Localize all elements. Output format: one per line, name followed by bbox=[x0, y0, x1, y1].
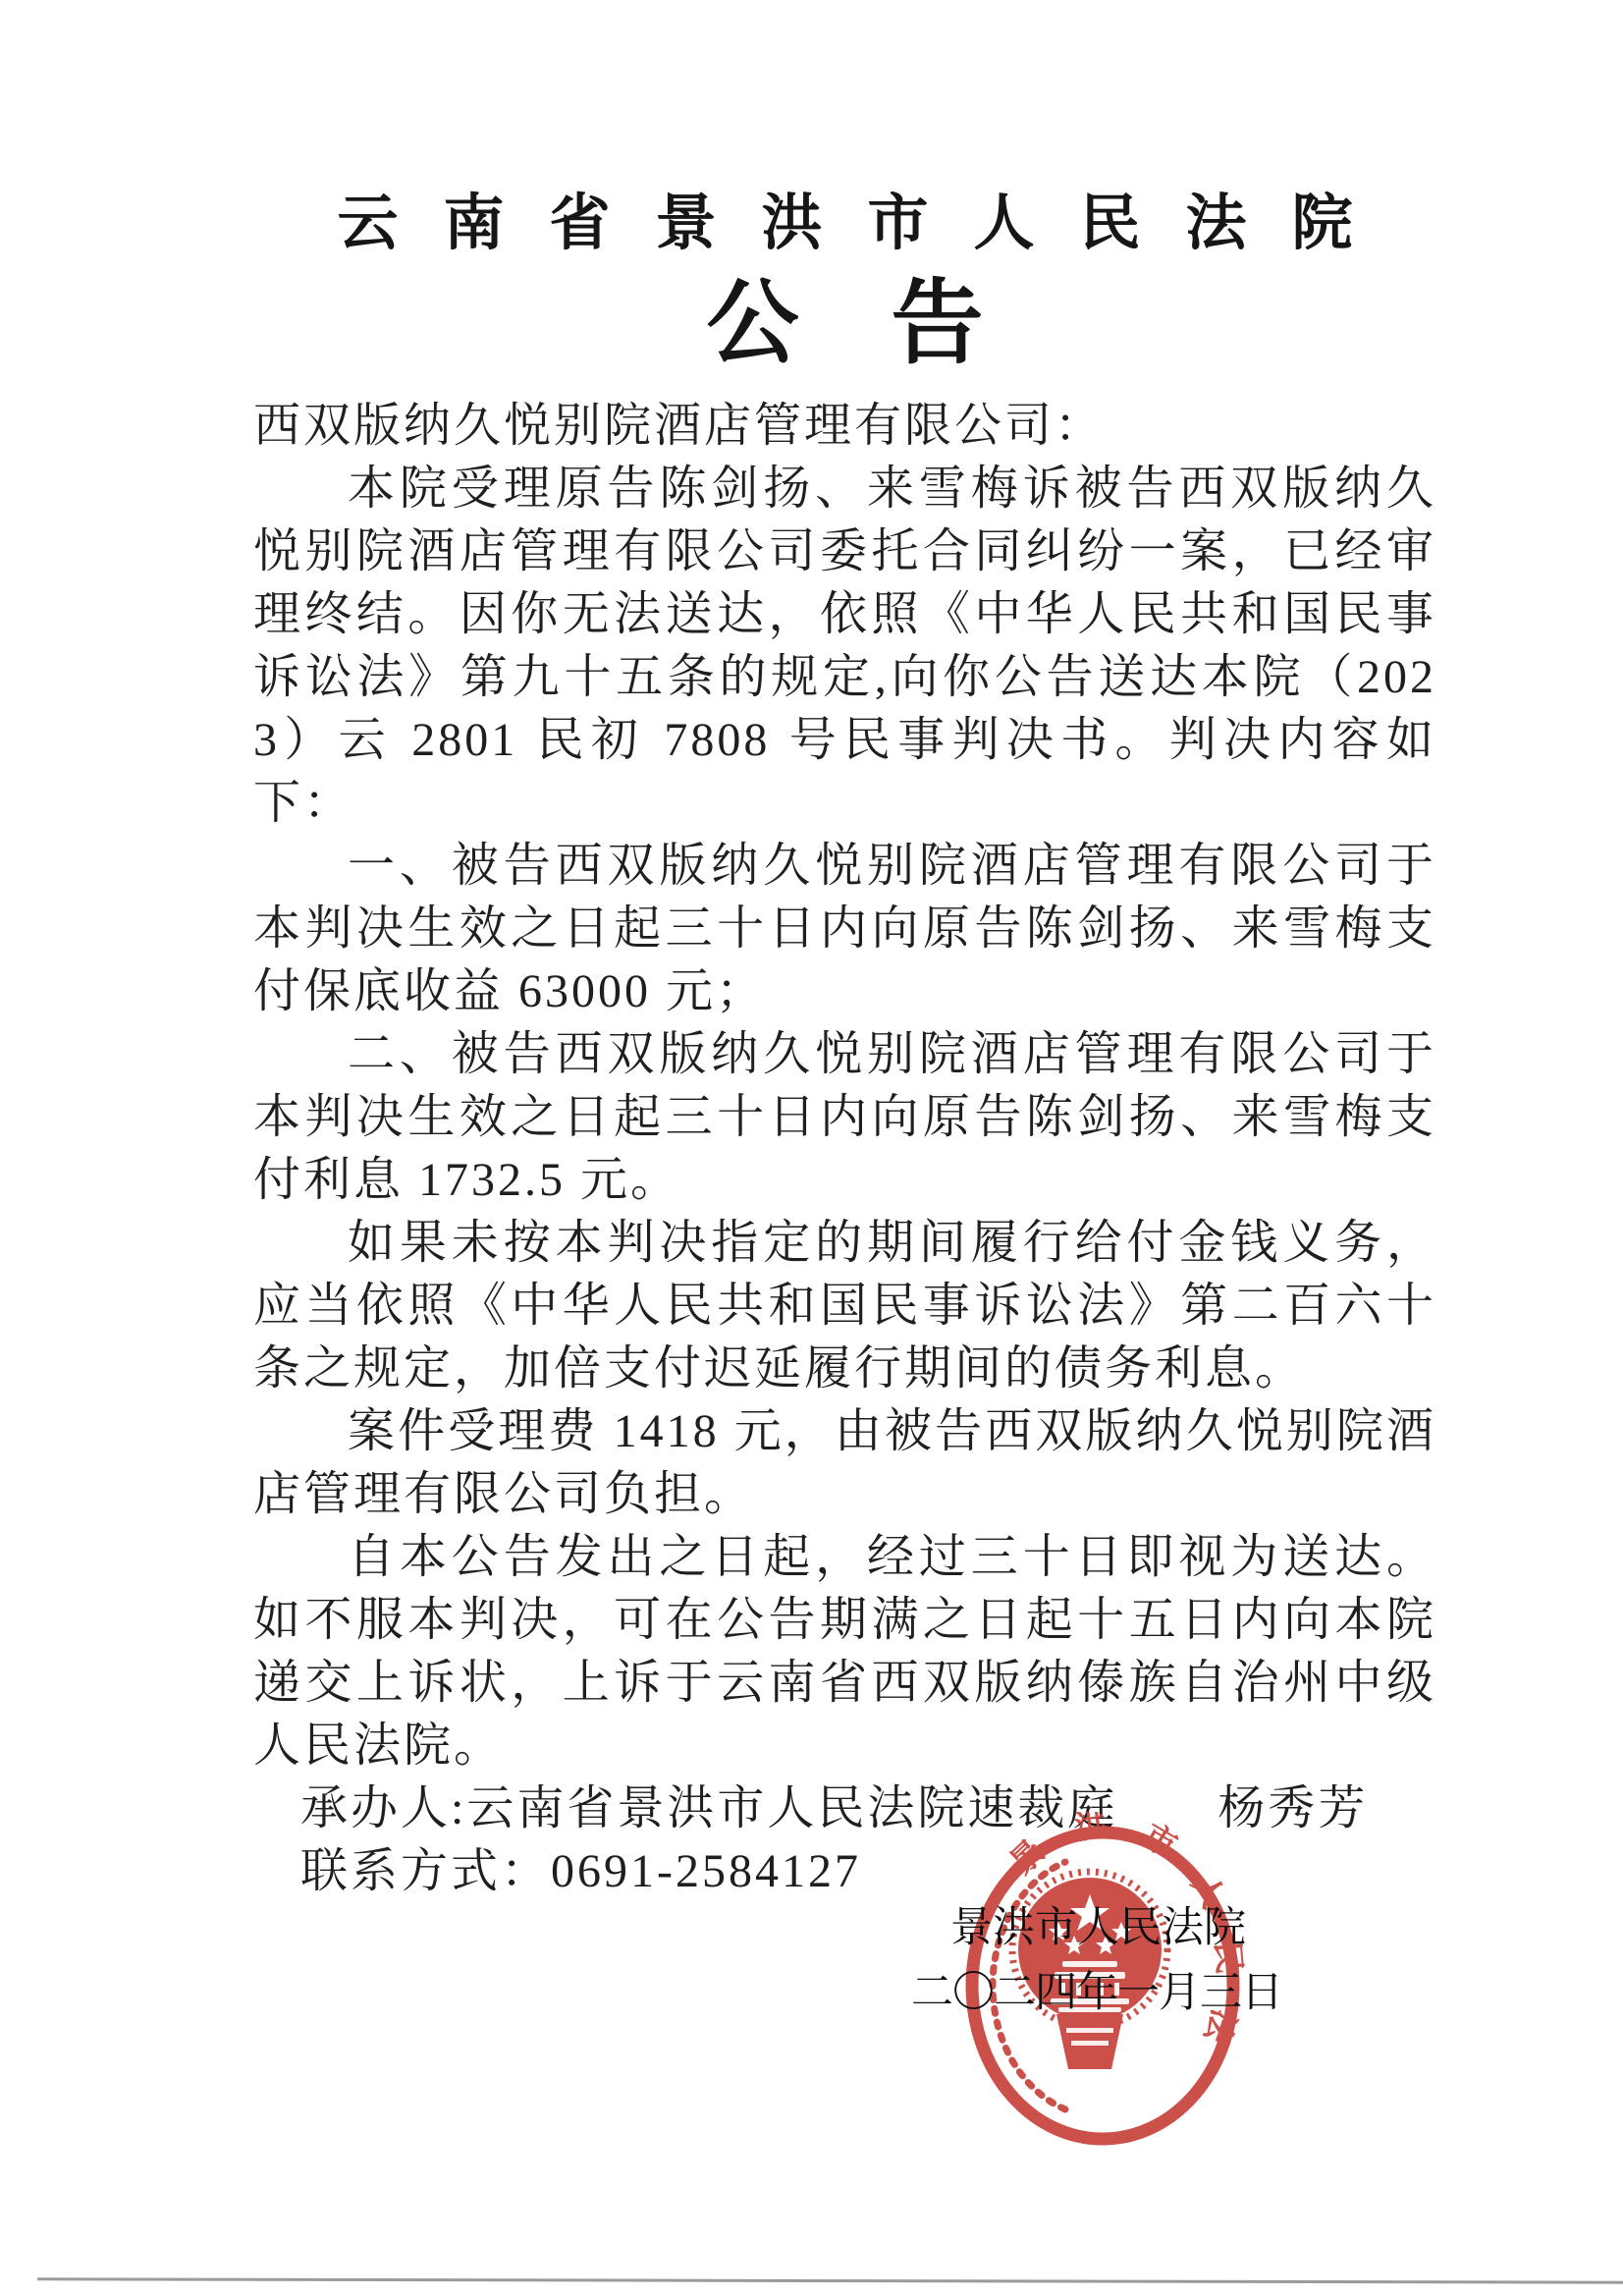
announcement-page: 云南省景洪市人民法院 公 告 西双版纳久悦别院酒店管理有限公司： 本院受理原告陈… bbox=[0, 0, 1623, 2296]
signature-date: 二〇二四年一月三日 bbox=[911, 1968, 1282, 2019]
body-paragraph: 自本公告发出之日起，经过三十日即视为送达。如不服本判决，可在公告期满之日起十五日… bbox=[253, 1526, 1436, 1777]
body-paragraph: 如果未按本判决指定的期间履行给付金钱义务，应当依照《中华人民共和国民事诉讼法》第… bbox=[253, 1212, 1436, 1400]
signature-court-name: 景洪市人民法院 bbox=[950, 1903, 1246, 1954]
contact-phone-line: 联系方式：0691-2584127 bbox=[253, 1840, 1436, 1903]
announcement-body: 西双版纳久悦别院酒店管理有限公司： 本院受理原告陈剑扬、来雪梅诉被告西双版纳久悦… bbox=[253, 395, 1436, 1903]
body-paragraph: 二、被告西双版纳久悦别院酒店管理有限公司于本判决生效之日起三十日内向原告陈剑扬、… bbox=[253, 1023, 1436, 1212]
body-paragraph: 本院受理原告陈剑扬、来雪梅诉被告西双版纳久悦别院酒店管理有限公司委托合同纠纷一案… bbox=[253, 458, 1436, 835]
addressee-line: 西双版纳久悦别院酒店管理有限公司： bbox=[253, 395, 1436, 458]
body-paragraph: 案件受理费 1418 元，由被告西双版纳久悦别院酒店管理有限公司负担。 bbox=[253, 1400, 1436, 1526]
body-paragraphs: 本院受理原告陈剑扬、来雪梅诉被告西双版纳久悦别院酒店管理有限公司委托合同纠纷一案… bbox=[253, 458, 1436, 1777]
scan-edge-line bbox=[37, 2277, 1623, 2283]
notice-title: 公 告 bbox=[253, 261, 1436, 385]
undertaker-line: 承办人:云南省景洪市人民法院速裁庭 杨秀芳 bbox=[253, 1777, 1436, 1840]
body-paragraph: 一、被告西双版纳久悦别院酒店管理有限公司于本判决生效之日起三十日内向原告陈剑扬、… bbox=[253, 835, 1436, 1023]
court-title: 云南省景洪市人民法院 bbox=[253, 183, 1436, 265]
